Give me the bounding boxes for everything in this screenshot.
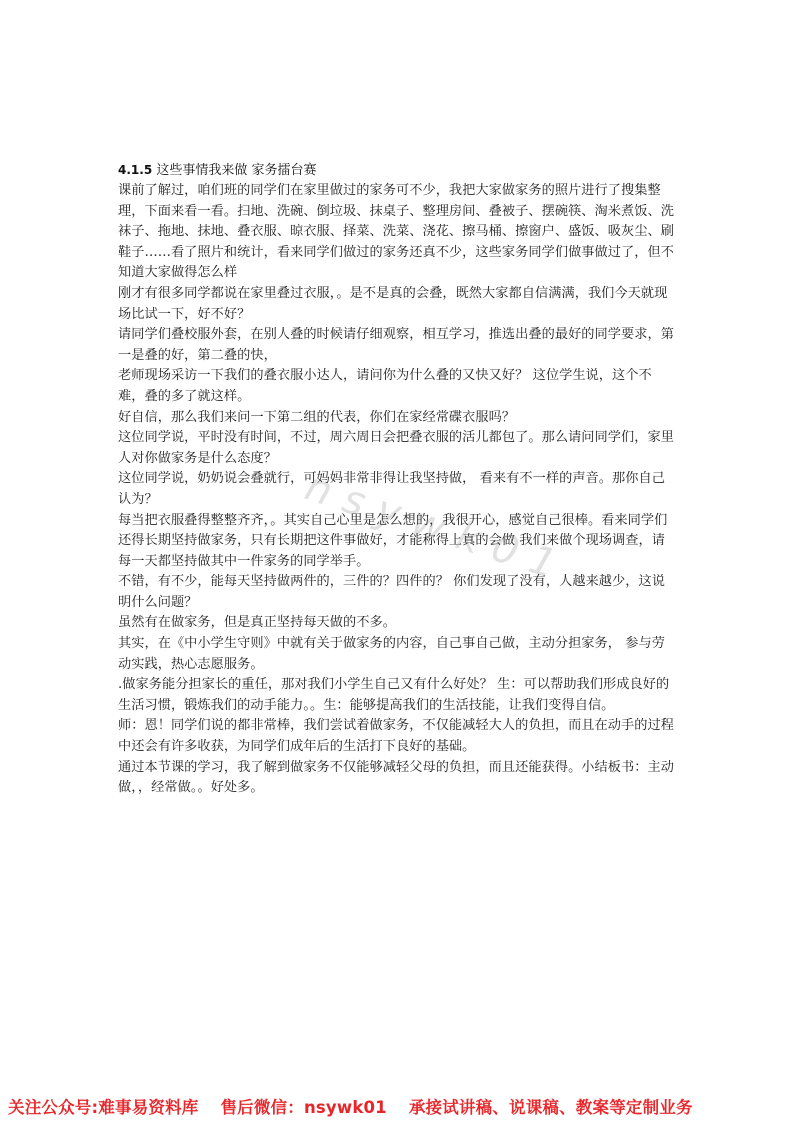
- document-body: 4.1.5 这些事情我来做 家务擂台赛 课前了解过，咱们班的同学们在家里做过的家…: [118, 160, 678, 799]
- section-title: 这些事情我来做 家务擂台赛: [156, 163, 316, 178]
- paragraph: 其实，在《中小学生守则》中就有关于做家务的内容，自己事自己做，主动分担家务， 参…: [118, 634, 678, 675]
- paragraph: 这位同学说，奶奶说会叠就行，可妈妈非常非得让我坚持做， 看来有不一样的声音。那你…: [118, 469, 678, 510]
- paragraph: 刚才有很多同学都说在家里叠过衣服，。是不是真的会叠，既然大家都自信满满，我们今天…: [118, 284, 678, 325]
- paragraph: 不错，有不少，能每天坚持做两件的，三件的？四件的？ 你们发现了没有，人越来越少，…: [118, 572, 678, 613]
- paragraph: 通过本节课的学习，我了解到做家务不仅能够减轻父母的负担，而且还能获得。小结板书：…: [118, 758, 678, 799]
- paragraph: 师：恩！同学们说的都非常棒，我们尝试着做家务，不仅能减轻大人的负担，而且在动手的…: [118, 716, 678, 757]
- paragraph: 虽然有在做家务，但是真正坚持每天做的不多。: [118, 613, 678, 634]
- footer-wechat: 售后微信：nsywk01: [220, 1098, 386, 1117]
- footer-account: 关注公众号:难事易资料库: [8, 1098, 199, 1117]
- footer-services: 承接试讲稿、说课稿、教案等定制业务: [409, 1098, 693, 1117]
- paragraph: 这位同学说，平时没有时间，不过，周六周日会把叠衣服的活儿都包了。那么请问同学们，…: [118, 428, 678, 469]
- paragraph: 好自信，那么我们来问一下第二组的代表，你们在家经常碟衣服吗？: [118, 408, 678, 429]
- paragraph: 老师现场采访一下我们的叠衣服小达人，请问你为什么叠的又快又好？ 这位学生说，这个…: [118, 366, 678, 407]
- paragraph: 请同学们叠校服外套，在别人叠的时候请仔细观察，相互学习，推选出叠的最好的同学要求…: [118, 325, 678, 366]
- footer-banner: 关注公众号:难事易资料库 售后微信：nsywk01 承接试讲稿、说课稿、教案等定…: [0, 1094, 793, 1122]
- section-number: 4.1.5: [118, 163, 152, 177]
- paragraph: 每当把衣服叠得整整齐齐，。其实自己心里是怎么想的，我很开心，感觉自己很棒。看来同…: [118, 511, 678, 573]
- paragraph: 课前了解过，咱们班的同学们在家里做过的家务可不少，我把大家做家务的照片进行了搜集…: [118, 181, 678, 284]
- section-heading: 4.1.5 这些事情我来做 家务擂台赛: [118, 160, 678, 181]
- paragraph: .做家务能分担家长的重任，那对我们小学生自己又有什么好处？ 生：可以帮助我们形成…: [118, 675, 678, 716]
